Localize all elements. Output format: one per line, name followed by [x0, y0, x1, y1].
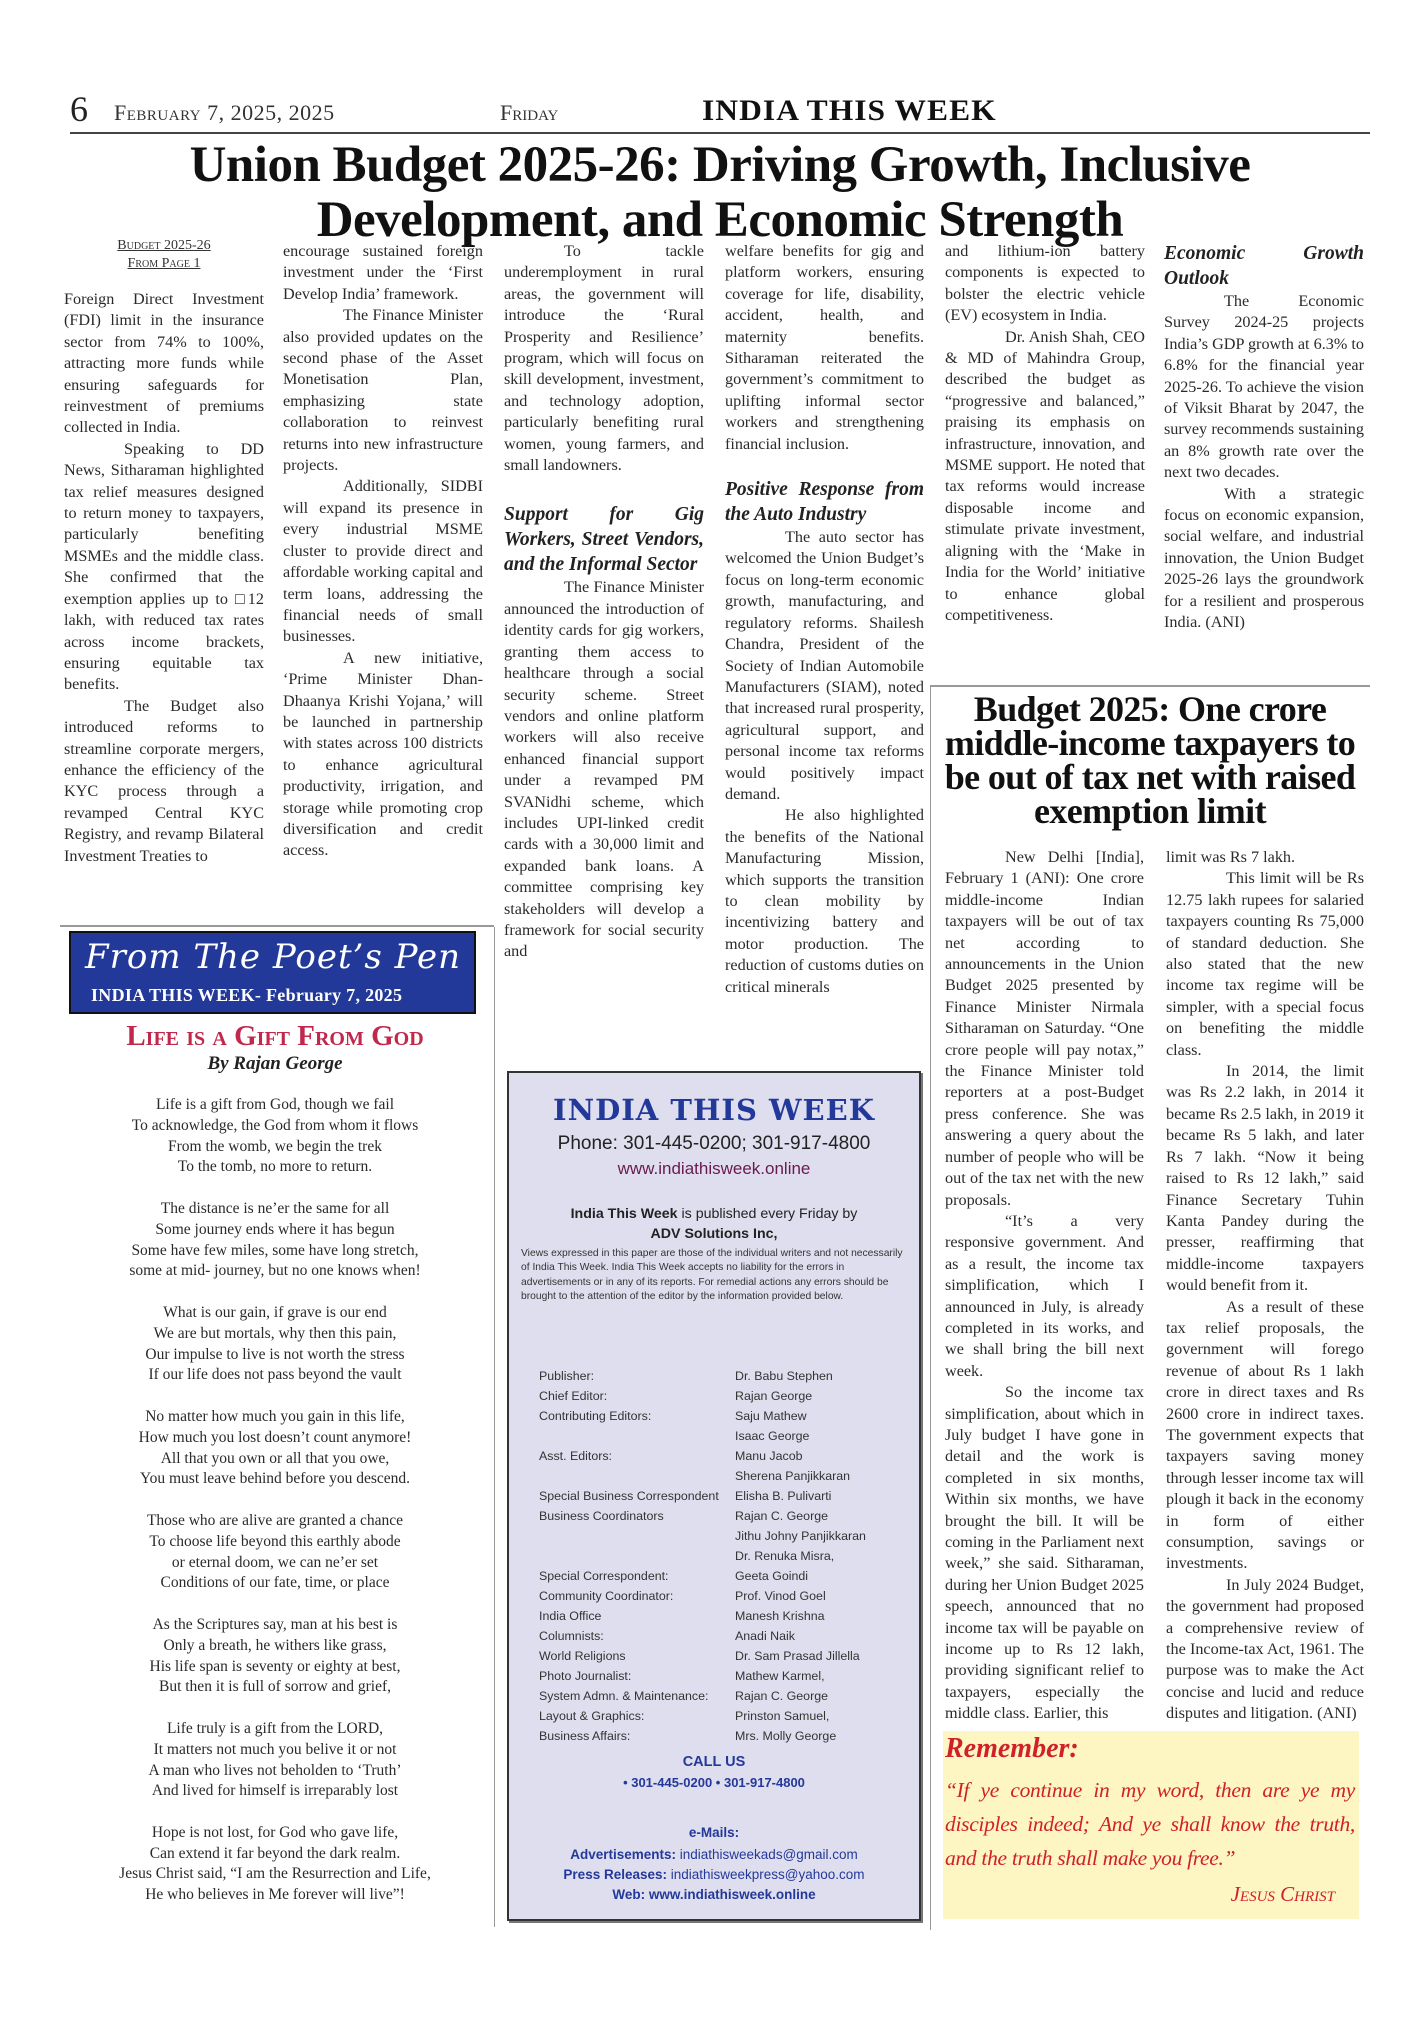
subhead-gig-workers: Support for Gig Workers, Street Vendors,… [504, 502, 704, 577]
staff-row: System Admn. & Maintenance:Rajan C. Geor… [539, 1686, 909, 1706]
published-by-line: India This Week is published every Frida… [509, 1206, 919, 1222]
paragraph: The Economic Survey 2024-25 projects Ind… [1164, 291, 1364, 484]
web-link[interactable]: Web: www.indiathisweek.online [509, 1887, 919, 1902]
continuation-kicker: Budget 2025-26 From Page 1 [64, 237, 264, 273]
publisher-company: ADV Solutions Inc, [509, 1226, 919, 1242]
issue-day: Friday [500, 100, 558, 126]
remember-quote: “If ye continue in my word, then are ye … [945, 1773, 1355, 1875]
paragraph: To tackle underemployment in rural areas… [504, 241, 704, 476]
staff-row: Business Affairs:Mrs. Molly George [539, 1726, 909, 1746]
issue-date: February 7, 2025, 2025 [114, 100, 335, 126]
stanza: As the Scriptures say, man at his best i… [60, 1615, 490, 1698]
poem-author: By Rajan George [60, 1053, 490, 1075]
paragraph: New Delhi [India], February 1 (ANI): One… [945, 847, 1144, 1211]
paragraph: The Finance Minister also provided updat… [283, 305, 483, 476]
paragraph: The auto sector has welcomed the Union B… [725, 527, 924, 805]
call-us-heading: CALL US [509, 1754, 919, 1770]
staff-row: Chief Editor:Rajan George [539, 1386, 909, 1406]
staff-row: Columnists:Anadi Naik [539, 1626, 909, 1646]
paragraph: The Budget also introduced reforms to st… [64, 696, 264, 867]
main-article-col-5: and lithium-ion battery components is ex… [945, 241, 1145, 626]
paragraph: Dr. Anish Shah, CEO & MD of Mahindra Gro… [945, 327, 1145, 627]
poet-banner-title: From The Poet’s Pen [85, 937, 461, 977]
staff-row: India OfficeManesh Krishna [539, 1606, 909, 1626]
staff-row: World ReligionsDr. Sam Prasad Jillella [539, 1646, 909, 1666]
publication-info-box: INDIA THIS WEEK Phone: 301-445-0200; 301… [507, 1071, 921, 1921]
divider [930, 685, 931, 1930]
press-email-line: Press Releases: indiathisweekpress@yahoo… [509, 1867, 919, 1882]
stanza: What is our gain, if grave is our endWe … [60, 1303, 490, 1386]
paragraph: With a strategic focus on economic expan… [1164, 484, 1364, 634]
paragraph: “It’s a very responsive government. And … [945, 1211, 1144, 1382]
disclaimer: Views expressed in this paper are those … [521, 1247, 911, 1304]
info-box-title: INDIA THIS WEEK [509, 1093, 919, 1127]
paragraph: limit was Rs 7 lakh. [1166, 847, 1364, 868]
staff-row: Layout & Graphics:Prinston Samuel, [539, 1706, 909, 1726]
paragraph: Speaking to DD News, Sitharaman highligh… [64, 439, 264, 696]
staff-row: Jithu Johny Panjikkaran [539, 1526, 909, 1546]
staff-row: Isaac George [539, 1426, 909, 1446]
stanza: Life is a gift from God, though we failT… [60, 1095, 490, 1178]
ads-email-link[interactable]: indiathisweekads@gmail.com [676, 1847, 858, 1862]
paragraph: A new initiative, ‘Prime Minister Dhan-D… [283, 648, 483, 862]
paragraph: This limit will be Rs 12.75 lakh rupees … [1166, 868, 1364, 1061]
paragraph: encourage sustained foreign investment u… [283, 241, 483, 305]
poem-title: Life is a Gift From God [60, 1020, 490, 1053]
paragraph: As a result of these tax relief proposal… [1166, 1297, 1364, 1575]
staff-list: Publisher:Dr. Babu Stephen Chief Editor:… [539, 1366, 909, 1746]
staff-row: Community Coordinator:Prof. Vinod Goel [539, 1586, 909, 1606]
divider [60, 925, 494, 927]
main-article-col-4: welfare benefits for gig and platform wo… [725, 241, 924, 998]
staff-row: Publisher:Dr. Babu Stephen [539, 1366, 909, 1386]
paragraph: welfare benefits for gig and platform wo… [725, 241, 924, 455]
divider [930, 685, 1370, 687]
poet-banner-subtitle: INDIA THIS WEEK- February 7, 2025 [91, 985, 402, 1006]
main-article-col-2: encourage sustained foreign investment u… [283, 241, 483, 862]
info-website-link[interactable]: www.indiathisweek.online [509, 1159, 919, 1179]
subhead-economic-growth: Economic Growth Outlook [1164, 241, 1364, 291]
paragraph: Foreign Direct Investment (FDI) limit in… [64, 289, 264, 439]
subhead-auto-industry: Positive Response from the Auto Industry [725, 477, 924, 527]
masthead: 6 February 7, 2025, 2025 Friday INDIA TH… [70, 92, 1370, 134]
call-us-numbers: • 301-445-0200 • 301-917-4800 [509, 1775, 919, 1790]
stanza: Hope is not lost, for God who gave life,… [60, 1823, 490, 1906]
stanza: The distance is ne’er the same for allSo… [60, 1199, 490, 1282]
stanza: No matter how much you gain in this life… [60, 1407, 490, 1490]
staff-row: Special Business CorrespondentElisha B. … [539, 1486, 909, 1506]
remember-quote-box: Remember: “If ye continue in my word, th… [943, 1731, 1359, 1919]
headline-line-2: Development, and Economic Strength [70, 193, 1370, 248]
main-article-col-1: Budget 2025-26 From Page 1 Foreign Direc… [64, 237, 264, 867]
paragraph: In July 2024 Budget, the government had … [1166, 1575, 1364, 1725]
paragraph: The Finance Minister announced the intro… [504, 577, 704, 962]
remember-title: Remember: [945, 1733, 1079, 1765]
paragraph: Additionally, SIDBI will expand its pres… [283, 476, 483, 647]
main-article-col-6: Economic Growth Outlook The Economic Sur… [1164, 241, 1364, 634]
staff-row: Asst. Editors:Manu Jacob [539, 1446, 909, 1466]
press-email-link[interactable]: indiathisweekpress@yahoo.com [667, 1867, 865, 1882]
divider [494, 927, 495, 1927]
staff-row: Special Correspondent:Geeta Goindi [539, 1566, 909, 1586]
poem-body: Life is a gift from God, though we failT… [60, 1095, 490, 1927]
paper-name: INDIA THIS WEEK [702, 94, 997, 128]
paragraph: So the income tax simplification, about … [945, 1382, 1144, 1725]
paragraph: He also highlighted the benefits of the … [725, 805, 924, 998]
headline-line-1: Union Budget 2025-26: Driving Growth, In… [70, 138, 1370, 193]
paragraph: In 2014, the limit was Rs 2.2 lakh, in 2… [1166, 1061, 1364, 1296]
staff-row: Photo Journalist:Mathew Karmel, [539, 1666, 909, 1686]
emails-heading: e-Mails: [509, 1825, 919, 1840]
staff-row: Dr. Renuka Misra, [539, 1546, 909, 1566]
stanza: Life truly is a gift from the LORD,It ma… [60, 1719, 490, 1802]
stanza: Those who are alive are granted a chance… [60, 1511, 490, 1594]
main-headline: Union Budget 2025-26: Driving Growth, In… [70, 138, 1370, 248]
second-article-col-1: New Delhi [India], February 1 (ANI): One… [945, 847, 1144, 1725]
info-phone: Phone: 301-445-0200; 301-917-4800 [509, 1133, 919, 1155]
poet-section-banner: From The Poet’s Pen INDIA THIS WEEK- Feb… [69, 931, 476, 1014]
page-number: 6 [70, 88, 88, 130]
second-article-col-2: limit was Rs 7 lakh. This limit will be … [1166, 847, 1364, 1725]
staff-row: Sherena Panjikkaran [539, 1466, 909, 1486]
ads-email-line: Advertisements: indiathisweekads@gmail.c… [509, 1847, 919, 1862]
second-article-headline: Budget 2025: One crore middle-income tax… [935, 692, 1365, 828]
paragraph: and lithium-ion battery components is ex… [945, 241, 1145, 327]
main-article-col-3: To tackle underemployment in rural areas… [504, 241, 704, 963]
staff-row: Business CoordinatorsRajan C. George [539, 1506, 909, 1526]
staff-row: Contributing Editors:Saju Mathew [539, 1406, 909, 1426]
remember-attribution: Jesus Christ [1231, 1882, 1335, 1907]
